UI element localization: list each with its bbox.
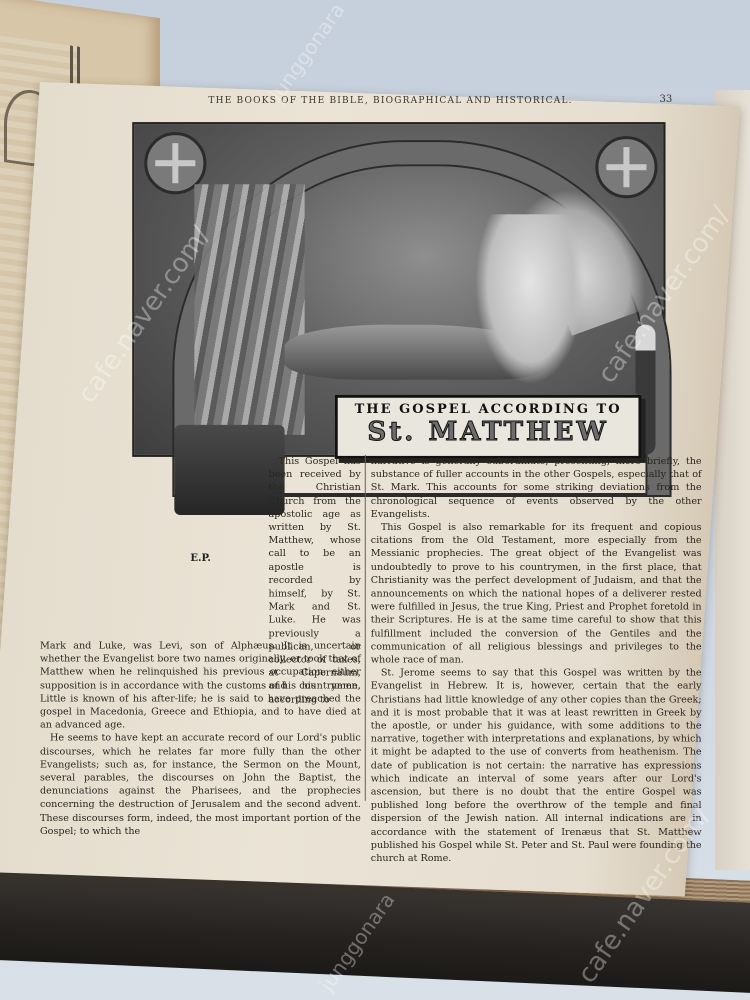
right-text-column: narrative is generally subordinate, pres… — [371, 455, 702, 865]
title-plate: THE GOSPEL ACCORDING TO St. MATTHEW — [335, 395, 642, 459]
angel-icon — [475, 214, 585, 384]
column-rule — [365, 455, 366, 801]
paragraph: This Gospel is also remarkable for its f… — [371, 521, 702, 667]
paragraph: St. Jerome seems to say that this Gospel… — [371, 667, 702, 866]
paragraph: Mark and Luke, was Levi, son of Alphæus.… — [40, 639, 361, 732]
scaffold-timbers — [194, 184, 304, 435]
running-head: THE BOOKS OF THE BIBLE, BIOGRAPHICAL AND… — [208, 96, 699, 106]
page-number: 33 — [660, 94, 673, 105]
title-line-1: THE GOSPEL ACCORDING TO — [338, 402, 639, 417]
paragraph: He seems to have kept an accurate record… — [40, 732, 361, 838]
title-line-2: St. MATTHEW — [338, 417, 639, 447]
engraver-signature: E.P. — [190, 553, 211, 564]
book-page: THE BOOKS OF THE BIBLE, BIOGRAPHICAL AND… — [0, 82, 740, 896]
paragraph: narrative is generally subordinate, pres… — [371, 455, 702, 521]
left-bottom-text-column: Mark and Luke, was Levi, son of Alphæus.… — [40, 639, 361, 838]
engraving-illustration: THE GOSPEL ACCORDING TO St. MATTHEW — [132, 122, 665, 457]
